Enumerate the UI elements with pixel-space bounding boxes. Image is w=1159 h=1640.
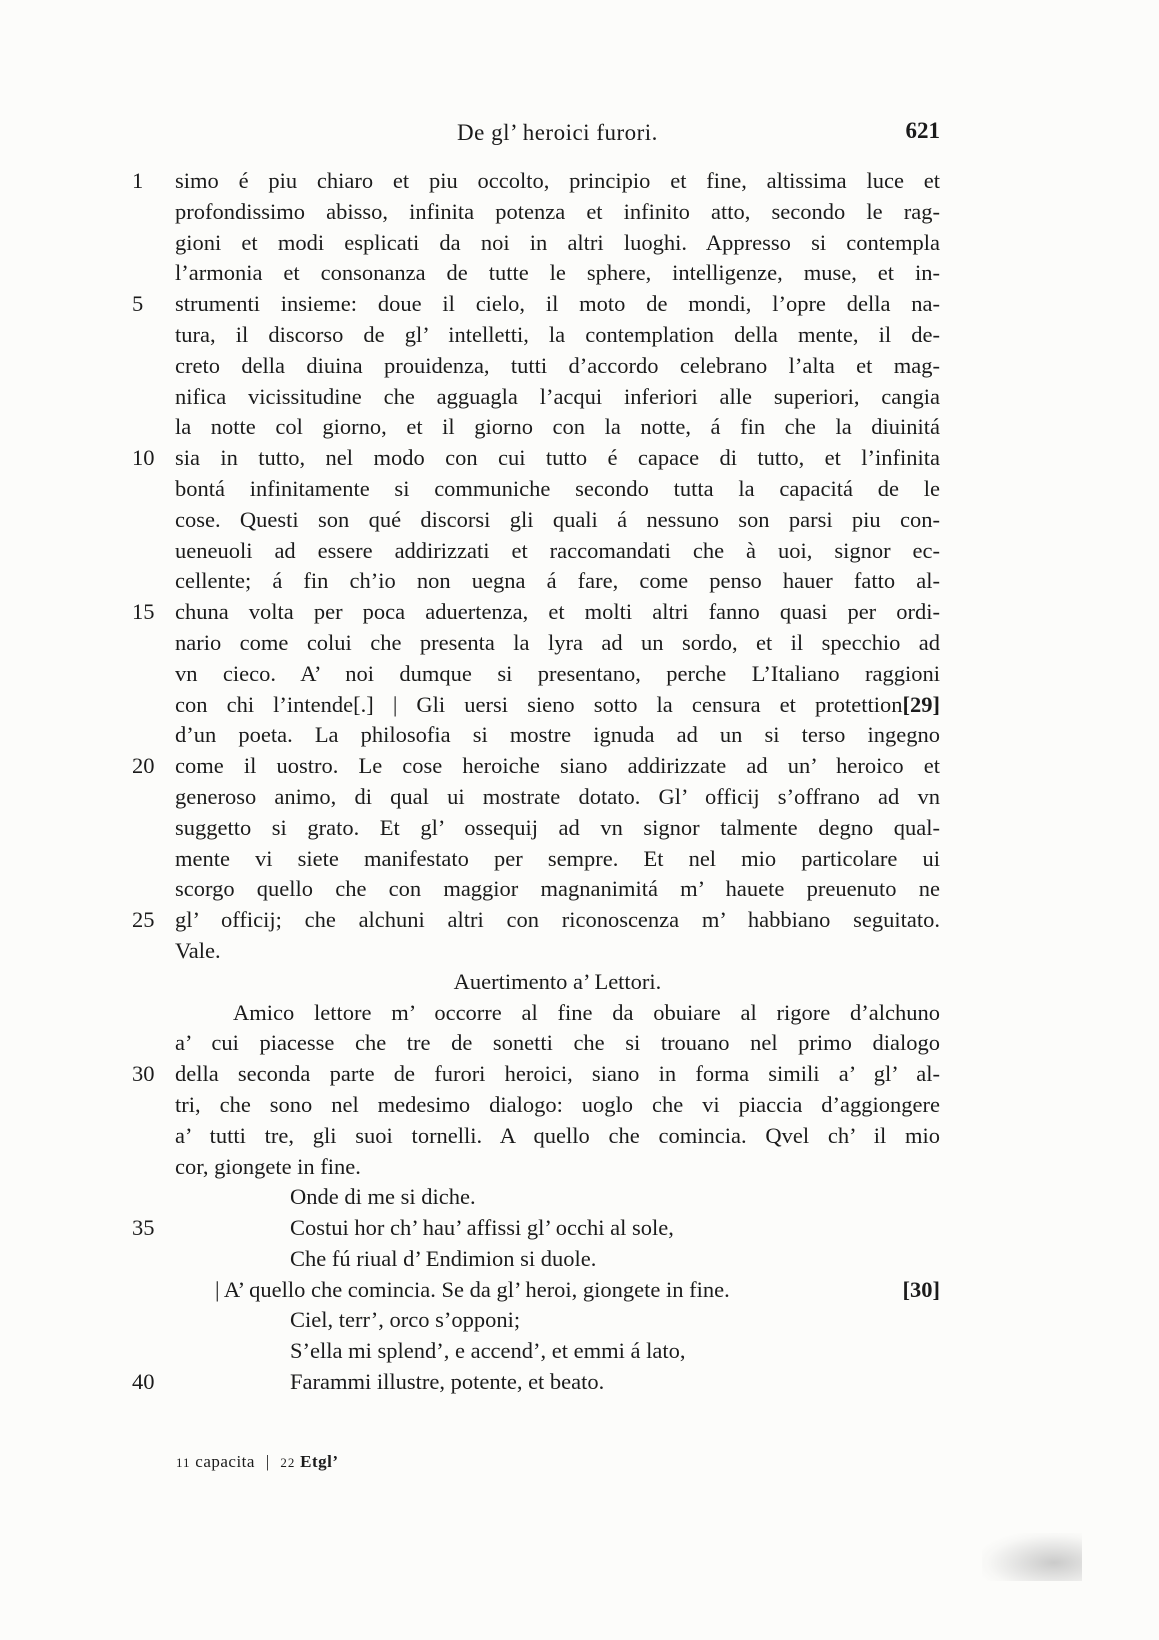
line-text: profondissimo abisso, infinita potenza e…	[175, 199, 940, 224]
text-line: nifica vicissitudine che agguagla l’acqu…	[130, 382, 940, 413]
text-line: bontá infinitamente si communiche second…	[130, 474, 940, 505]
text-line: 5strumenti insieme: doue il cielo, il mo…	[130, 289, 940, 320]
line-text: gioni et modi esplicati da noi in altri …	[175, 230, 940, 255]
line-text: chuna volta per poca aduertenza, et molt…	[175, 599, 940, 624]
line-text: generoso animo, di qual ui mostrate dota…	[175, 784, 940, 809]
text-line: profondissimo abisso, infinita potenza e…	[130, 197, 940, 228]
text-line: la notte col giorno, et il giorno con la…	[130, 412, 940, 443]
line-text: Ciel, terr’, orco s’opponi;	[290, 1307, 520, 1332]
line-text: la notte col giorno, et il giorno con la…	[175, 414, 940, 439]
footnote-line-ref: 11	[176, 1455, 191, 1470]
line-number: 25	[132, 905, 170, 936]
text-line: a’ tutti tre, gli suoi tornelli. A quell…	[130, 1121, 940, 1152]
line-text: cellente; á fin ch’io non uegna á fare, …	[175, 568, 940, 593]
line-text: a’ cui piacesse che tre de sonetti che s…	[175, 1030, 940, 1055]
text-line: | A’ quello che comincia. Se da gl’ hero…	[130, 1275, 940, 1306]
text-line: Ciel, terr’, orco s’opponi;	[130, 1305, 940, 1336]
text-block: 1simo é piu chiaro et piu occolto, princ…	[130, 166, 940, 1398]
text-line: 15chuna volta per poca aduertenza, et mo…	[130, 597, 940, 628]
line-text: bontá infinitamente si communiche second…	[175, 476, 940, 501]
text-line: tri, che sono nel medesimo dialogo: uogl…	[130, 1090, 940, 1121]
footnote-line-ref: 22	[280, 1455, 295, 1470]
margin-page-ref: [30]	[903, 1275, 941, 1306]
text-line: 40Farammi illustre, potente, et beato.	[130, 1367, 940, 1398]
text-line: Vale.	[130, 936, 940, 967]
text-line: Che fú riual d’ Endimion si duole.	[130, 1244, 940, 1275]
scan-smudge-artifact	[982, 1533, 1082, 1581]
text-line: 1simo é piu chiaro et piu occolto, princ…	[130, 166, 940, 197]
line-text: simo é piu chiaro et piu occolto, princi…	[175, 168, 940, 193]
line-text: Che fú riual d’ Endimion si duole.	[290, 1246, 596, 1271]
line-text: della seconda parte de furori heroici, s…	[175, 1061, 940, 1086]
line-text: creto della diuina prouidenza, tutti d’a…	[175, 353, 940, 378]
text-line: tura, il discorso de gl’ intelletti, la …	[130, 320, 940, 351]
line-text: cor, giongete in fine.	[175, 1154, 361, 1179]
line-text: scorgo quello che con maggior magnanimit…	[175, 876, 940, 901]
text-line: cor, giongete in fine.	[130, 1152, 940, 1183]
line-text: Onde di me si diche.	[290, 1184, 476, 1209]
text-line: creto della diuina prouidenza, tutti d’a…	[130, 351, 940, 382]
line-number: 40	[132, 1367, 170, 1398]
line-number: 1	[132, 166, 170, 197]
text-line: Auertimento a’ Lettori.	[130, 967, 940, 998]
line-text: suggetto si grato. Et gl’ ossequij ad vn…	[175, 815, 940, 840]
line-text: cose. Questi son qué discorsi gli quali …	[175, 507, 940, 532]
text-line: S’ella mi splend’, e accend’, et emmi á …	[130, 1336, 940, 1367]
running-title: De gl’ heroici furori.	[175, 120, 940, 146]
line-text: Amico lettore m’ occorre al fine da obui…	[233, 1000, 940, 1025]
line-text: tura, il discorso de gl’ intelletti, la …	[175, 322, 940, 347]
text-line: suggetto si grato. Et gl’ ossequij ad vn…	[130, 813, 940, 844]
line-text: S’ella mi splend’, e accend’, et emmi á …	[290, 1338, 685, 1363]
book-page: De gl’ heroici furori. 621 1simo é piu c…	[0, 0, 1159, 1640]
line-text: gl’ officij; che alchuni altri con ricon…	[175, 907, 940, 932]
text-line: 30della seconda parte de furori heroici,…	[130, 1059, 940, 1090]
text-line: 10sia in tutto, nel modo con cui tutto é…	[130, 443, 940, 474]
text-line: mente vi siete manifestato per sempre. E…	[130, 844, 940, 875]
footnote-separator: |	[260, 1452, 276, 1471]
text-line: ueneuoli ad essere addirizzati et raccom…	[130, 536, 940, 567]
line-text: sia in tutto, nel modo con cui tutto é c…	[175, 445, 940, 470]
text-line: cose. Questi son qué discorsi gli quali …	[130, 505, 940, 536]
line-number: 10	[132, 443, 170, 474]
line-text: strumenti insieme: doue il cielo, il mot…	[175, 291, 940, 316]
line-text: Auertimento a’ Lettori.	[454, 969, 662, 994]
text-line: gioni et modi esplicati da noi in altri …	[130, 228, 940, 259]
footnote: 11 capacita | 22 Etgl’	[176, 1452, 339, 1472]
line-text: Costui hor ch’ hau’ affissi gl’ occhi al…	[290, 1215, 674, 1240]
line-text: nifica vicissitudine che agguagla l’acqu…	[175, 384, 940, 409]
line-text: nario come colui che presenta la lyra ad…	[175, 630, 940, 655]
line-number: 15	[132, 597, 170, 628]
line-text: d’un poeta. La philosofia si mostre ignu…	[175, 722, 940, 747]
text-line: d’un poeta. La philosofia si mostre ignu…	[130, 720, 940, 751]
line-text: con chi l’intende[.] | Gli uersi sieno s…	[175, 692, 903, 717]
line-number: 30	[132, 1059, 170, 1090]
line-text: | A’ quello che comincia. Se da gl’ hero…	[215, 1275, 730, 1306]
text-line: l’armonia et consonanza de tutte le sphe…	[130, 258, 940, 289]
line-number: 20	[132, 751, 170, 782]
text-line: Amico lettore m’ occorre al fine da obui…	[130, 998, 940, 1029]
text-line: cellente; á fin ch’io non uegna á fare, …	[130, 566, 940, 597]
text-line: a’ cui piacesse che tre de sonetti che s…	[130, 1028, 940, 1059]
text-line: Onde di me si diche.	[130, 1182, 940, 1213]
line-text: vn cieco. A’ noi dumque si presentano, p…	[175, 661, 940, 686]
line-text: come il uostro. Le cose heroiche siano a…	[175, 753, 940, 778]
text-line: generoso animo, di qual ui mostrate dota…	[130, 782, 940, 813]
text-line: 25gl’ officij; che alchuni altri con ric…	[130, 905, 940, 936]
line-text: Vale.	[175, 938, 221, 963]
footnote-lemma: capacita	[195, 1452, 255, 1471]
line-text: a’ tutti tre, gli suoi tornelli. A quell…	[175, 1123, 940, 1148]
line-text: l’armonia et consonanza de tutte le sphe…	[175, 260, 940, 285]
line-text: mente vi siete manifestato per sempre. E…	[175, 846, 940, 871]
page-number: 621	[870, 118, 940, 144]
text-line: vn cieco. A’ noi dumque si presentano, p…	[130, 659, 940, 690]
text-line: scorgo quello che con maggior magnanimit…	[130, 874, 940, 905]
line-number: 35	[132, 1213, 170, 1244]
text-line: con chi l’intende[.] | Gli uersi sieno s…	[130, 690, 940, 721]
line-text: ueneuoli ad essere addirizzati et raccom…	[175, 538, 940, 563]
line-text: tri, che sono nel medesimo dialogo: uogl…	[175, 1092, 940, 1117]
footnote-lemma: Etgl’	[300, 1452, 338, 1471]
text-line: nario come colui che presenta la lyra ad…	[130, 628, 940, 659]
line-text: Farammi illustre, potente, et beato.	[290, 1369, 604, 1394]
text-line: 20come il uostro. Le cose heroiche siano…	[130, 751, 940, 782]
margin-page-ref: [29]	[903, 692, 941, 717]
text-line: 35Costui hor ch’ hau’ affissi gl’ occhi …	[130, 1213, 940, 1244]
line-number: 5	[132, 289, 170, 320]
